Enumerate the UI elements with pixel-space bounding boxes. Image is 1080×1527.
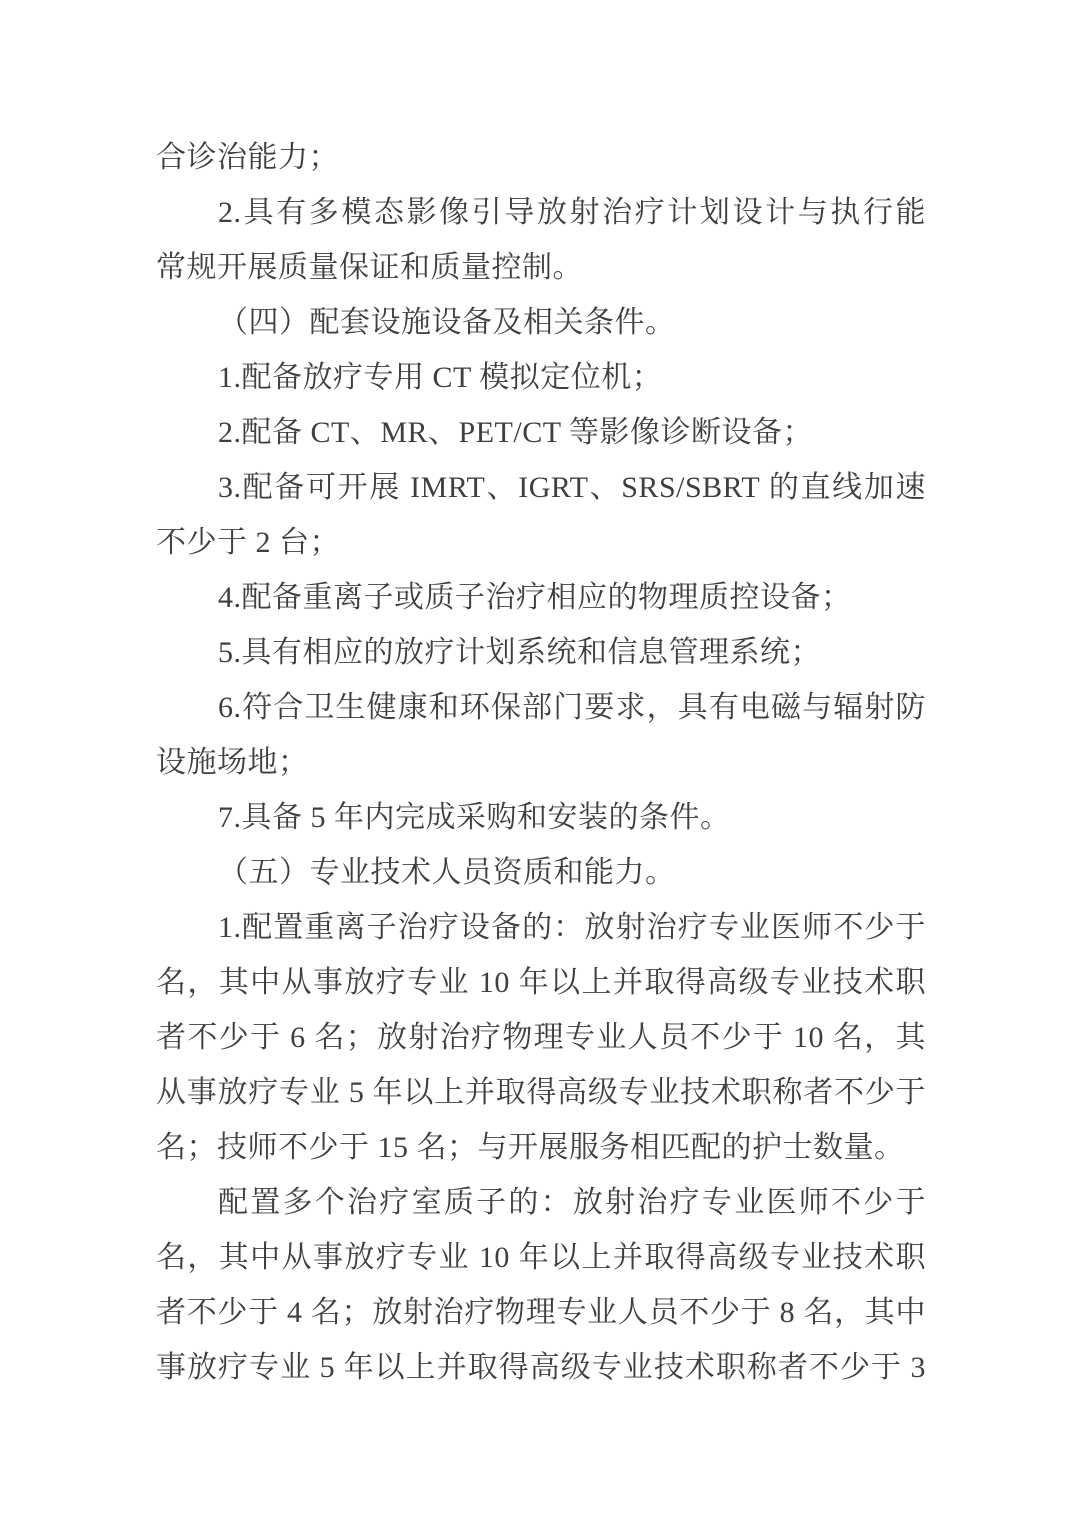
doc-line-06-item2: 2.配备 CT、MR、PET/CT 等影像诊断设备； bbox=[156, 405, 926, 460]
doc-line-05-item1: 1.配备放疗专用 CT 模拟定位机； bbox=[156, 350, 926, 405]
doc-line-21-continuation: 名，其中从事放疗专业 10 年以上并取得高级专业技术职称 bbox=[156, 1230, 926, 1285]
doc-line-02-item2-capability: 2.具有多模态影像引导放射治疗计划设计与执行能力， bbox=[156, 185, 926, 240]
doc-line-12-item6-continuation: 设施场地； bbox=[156, 735, 926, 790]
doc-line-10-item5: 5.具有相应的放疗计划系统和信息管理系统； bbox=[156, 625, 926, 680]
doc-line-16-continuation: 名，其中从事放疗专业 10 年以上并取得高级专业技术职称 bbox=[156, 955, 926, 1010]
doc-line-19-continuation: 名；技师不少于 15 名；与开展服务相匹配的护士数量。 bbox=[156, 1120, 926, 1175]
doc-line-22-continuation: 者不少于 4 名；放射治疗物理专业人员不少于 8 名，其中从 bbox=[156, 1285, 926, 1340]
doc-line-03-continuation: 常规开展质量保证和质量控制。 bbox=[156, 240, 926, 295]
doc-line-04-section-si-heading: （四）配套设施设备及相关条件。 bbox=[156, 295, 926, 350]
doc-line-18-continuation: 从事放疗专业 5 年以上并取得高级专业技术职称者不少于 3 bbox=[156, 1065, 926, 1120]
doc-line-01-continuation: 合诊治能力； bbox=[156, 130, 926, 185]
doc-line-07-item3: 3.配备可开展 IMRT、IGRT、SRS/SBRT 的直线加速器 bbox=[156, 460, 926, 515]
doc-line-23-continuation: 事放疗专业 5 年以上并取得高级专业技术职称者不少于 3 名； bbox=[156, 1340, 926, 1395]
doc-line-17-continuation: 者不少于 6 名；放射治疗物理专业人员不少于 10 名，其中 bbox=[156, 1010, 926, 1065]
doc-line-08-item3-continuation: 不少于 2 台； bbox=[156, 515, 926, 570]
document-page: 合诊治能力； 2.具有多模态影像引导放射治疗计划设计与执行能力， 常规开展质量保… bbox=[0, 0, 1080, 1527]
doc-line-14-section-wu-heading: （五）专业技术人员资质和能力。 bbox=[156, 845, 926, 900]
doc-line-15-heavy-ion-staff: 1.配置重离子治疗设备的：放射治疗专业医师不少于 15 bbox=[156, 900, 926, 955]
doc-line-20-proton-staff: 配置多个治疗室质子的：放射治疗专业医师不少于 12 bbox=[156, 1175, 926, 1230]
document-text-block: 合诊治能力； 2.具有多模态影像引导放射治疗计划设计与执行能力， 常规开展质量保… bbox=[156, 130, 926, 1395]
doc-line-09-item4: 4.配备重离子或质子治疗相应的物理质控设备； bbox=[156, 570, 926, 625]
doc-line-11-item6: 6.符合卫生健康和环保部门要求，具有电磁与辐射防护 bbox=[156, 680, 926, 735]
doc-line-13-item7: 7.具备 5 年内完成采购和安装的条件。 bbox=[156, 790, 926, 845]
